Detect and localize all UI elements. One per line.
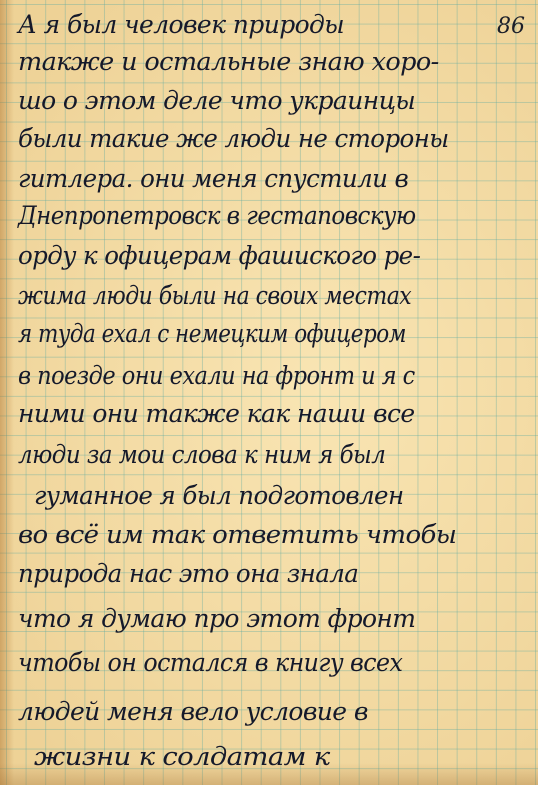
handwritten-line-19: жизни к солдатам к bbox=[34, 742, 330, 772]
notebook-page: 86 А я был человек природы также и остал… bbox=[0, 0, 538, 785]
handwritten-line-9: я туда ехал с немецким офицером bbox=[18, 319, 406, 349]
handwritten-line-2: также и остальные знаю хоро- bbox=[18, 47, 439, 77]
handwritten-line-3: шо о этом деле что украинцы bbox=[18, 86, 415, 116]
handwritten-line-16: что я думаю про этот фронт bbox=[18, 604, 415, 634]
handwritten-line-10: в поезде они ехали на фронт и я с bbox=[18, 361, 415, 391]
handwritten-line-1: А я был человек природы bbox=[18, 10, 344, 40]
handwritten-line-4: были такие же люди не стороны bbox=[18, 124, 449, 154]
handwritten-line-18: людей меня вело условие в bbox=[18, 697, 368, 727]
handwritten-line-14: во всё им так ответить чтобы bbox=[18, 520, 456, 550]
handwritten-line-5: гитлера. они меня спустили в bbox=[18, 164, 408, 194]
handwritten-line-6: Днепропетровск в гестаповскую bbox=[18, 201, 416, 231]
handwritten-line-12: люди за мои слова к ним я был bbox=[18, 440, 385, 470]
handwritten-line-7: орду к офицерам фашиского ре- bbox=[18, 241, 420, 271]
handwritten-line-8: жима люди были на своих местах bbox=[18, 281, 411, 311]
handwritten-line-13: гуманное я был подготовлен bbox=[34, 481, 404, 511]
handwritten-line-15: природа нас это она знала bbox=[18, 559, 358, 589]
handwritten-line-17: чтобы он остался в книгу всех bbox=[18, 648, 402, 678]
handwritten-line-11: ними они также как наши все bbox=[18, 399, 415, 429]
page-number: 86 bbox=[497, 14, 525, 39]
